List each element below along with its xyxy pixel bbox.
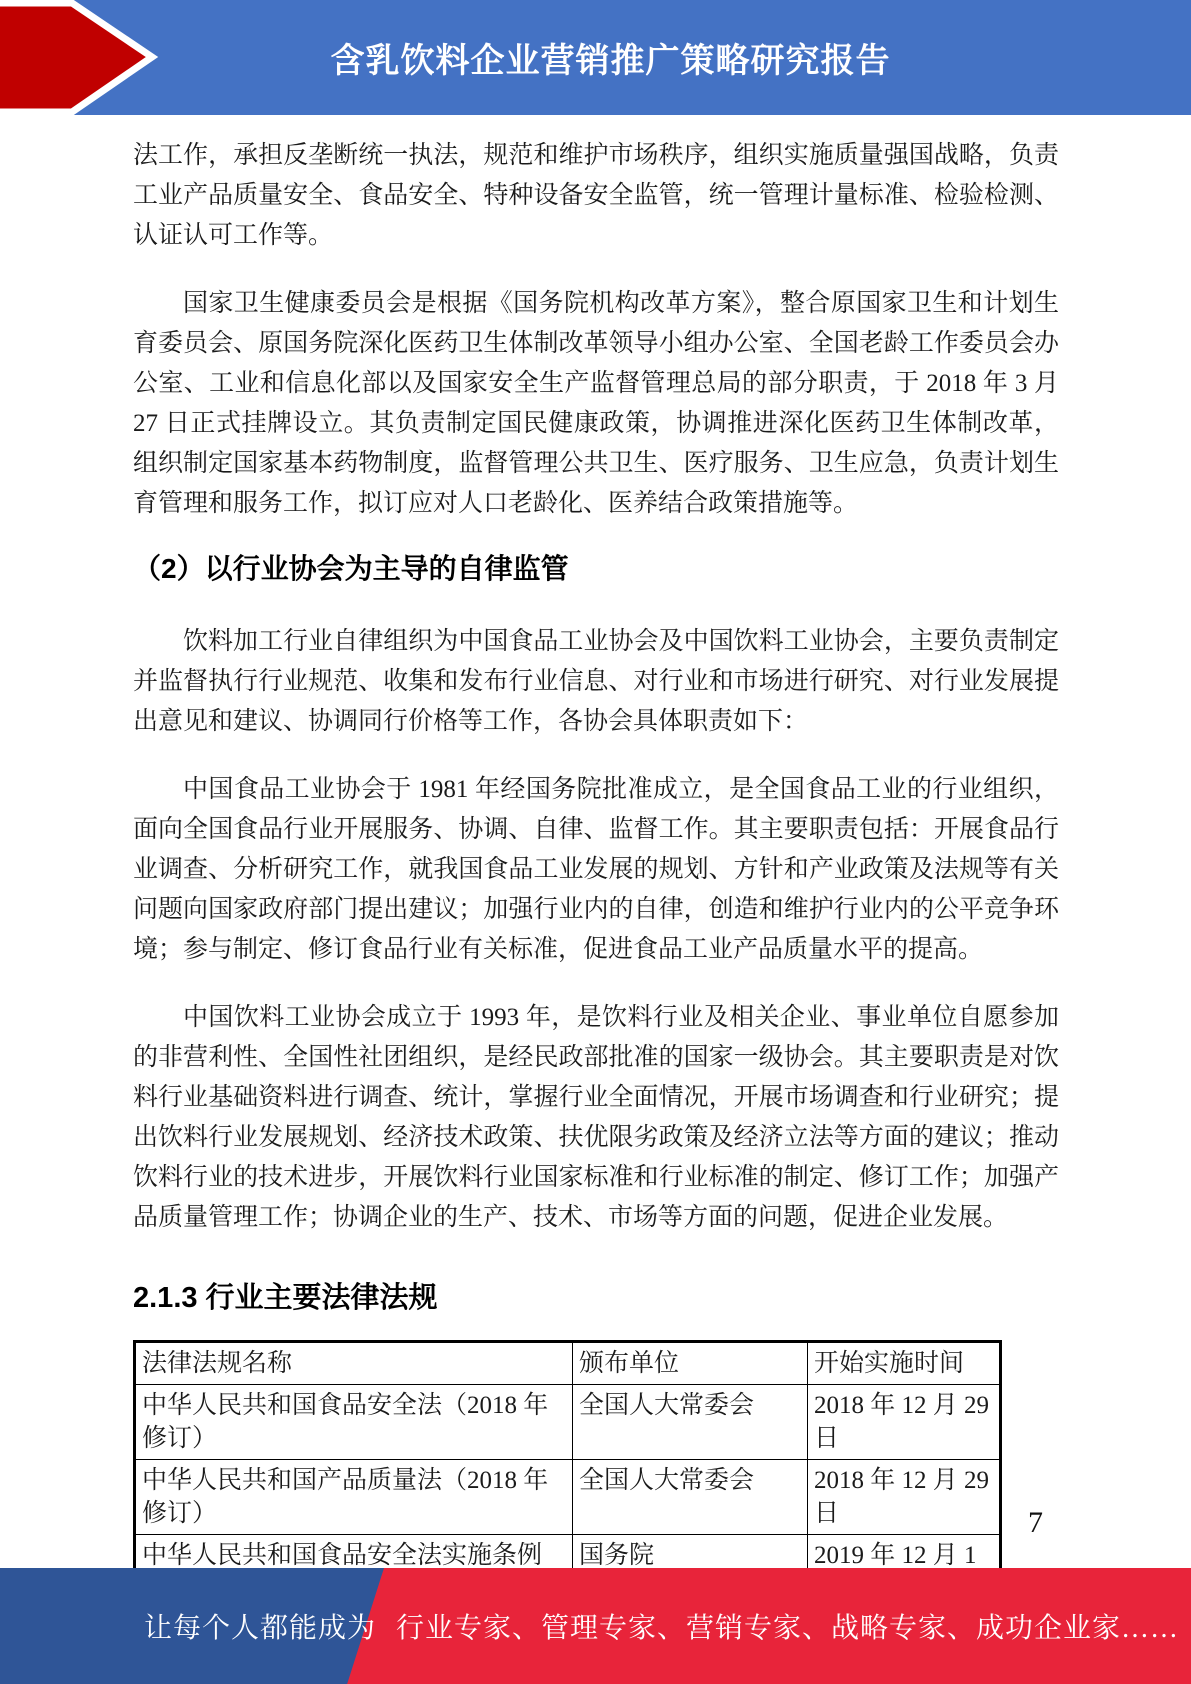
footer-banner: 让每个人都能成为 行业专家、管理专家、营销专家、战略专家、成功企业家…… (0, 1568, 1191, 1684)
section-heading-association: （2）以行业协会为主导的自律监管 (133, 552, 1059, 586)
paragraph-association-intro: 饮料加工行业自律组织为中国食品工业协会及中国饮料工业协会，主要负责制定并监督执行… (133, 622, 1059, 742)
footer-slogan-left: 让每个人都能成为 (144, 1606, 376, 1646)
column-header-issuer: 颁布单位 (573, 1342, 808, 1385)
cell-law-name: 中华人民共和国食品安全法（2018 年修订） (135, 1385, 573, 1460)
paragraph-beverage-association: 中国饮料工业协会成立于 1993 年，是饮料行业及相关企业、事业单位自愿参加的非… (133, 998, 1059, 1238)
paragraph-continuation: 法工作，承担反垄断统一执法，规范和维护市场秩序，组织实施质量强国战略，负责工业产… (133, 136, 1059, 256)
page: 含乳饮料企业营销推广策略研究报告 法工作，承担反垄断统一执法，规范和维护市场秩序… (0, 0, 1191, 1684)
cell-effective-date: 2018 年 12 月 29 日 (808, 1385, 1001, 1460)
page-number: 7 (1028, 1506, 1043, 1540)
cell-effective-date: 2018 年 12 月 29 日 (808, 1460, 1001, 1535)
paragraph-health-commission: 国家卫生健康委员会是根据《国务院机构改革方案》，整合原国家卫生和计划生育委员会、… (133, 284, 1059, 524)
cell-law-name: 中华人民共和国产品质量法（2018 年修订） (135, 1460, 573, 1535)
section-heading-regulations: 2.1.3 行业主要法律法规 (133, 1280, 1059, 1316)
column-header-law-name: 法律法规名称 (135, 1342, 573, 1385)
cell-issuer: 全国人大常委会 (573, 1385, 808, 1460)
paragraph-food-association: 中国食品工业协会于 1981 年经国务院批准成立，是全国食品工业的行业组织，面向… (133, 770, 1059, 970)
footer-slogan-right: 行业专家、管理专家、营销专家、战略专家、成功企业家…… (396, 1606, 1179, 1646)
table-row: 中华人民共和国产品质量法（2018 年修订） 全国人大常委会 2018 年 12… (135, 1460, 1001, 1535)
document-body: 法工作，承担反垄断统一执法，规范和维护市场秩序，组织实施质量强国战略，负责工业产… (133, 136, 1059, 1612)
header-banner: 含乳饮料企业营销推广策略研究报告 (0, 0, 1191, 115)
page-title: 含乳饮料企业营销推广策略研究报告 (0, 0, 1191, 115)
cell-issuer: 全国人大常委会 (573, 1460, 808, 1535)
table-header-row: 法律法规名称 颁布单位 开始实施时间 (135, 1342, 1001, 1385)
table-row: 中华人民共和国食品安全法（2018 年修订） 全国人大常委会 2018 年 12… (135, 1385, 1001, 1460)
column-header-effective-date: 开始实施时间 (808, 1342, 1001, 1385)
